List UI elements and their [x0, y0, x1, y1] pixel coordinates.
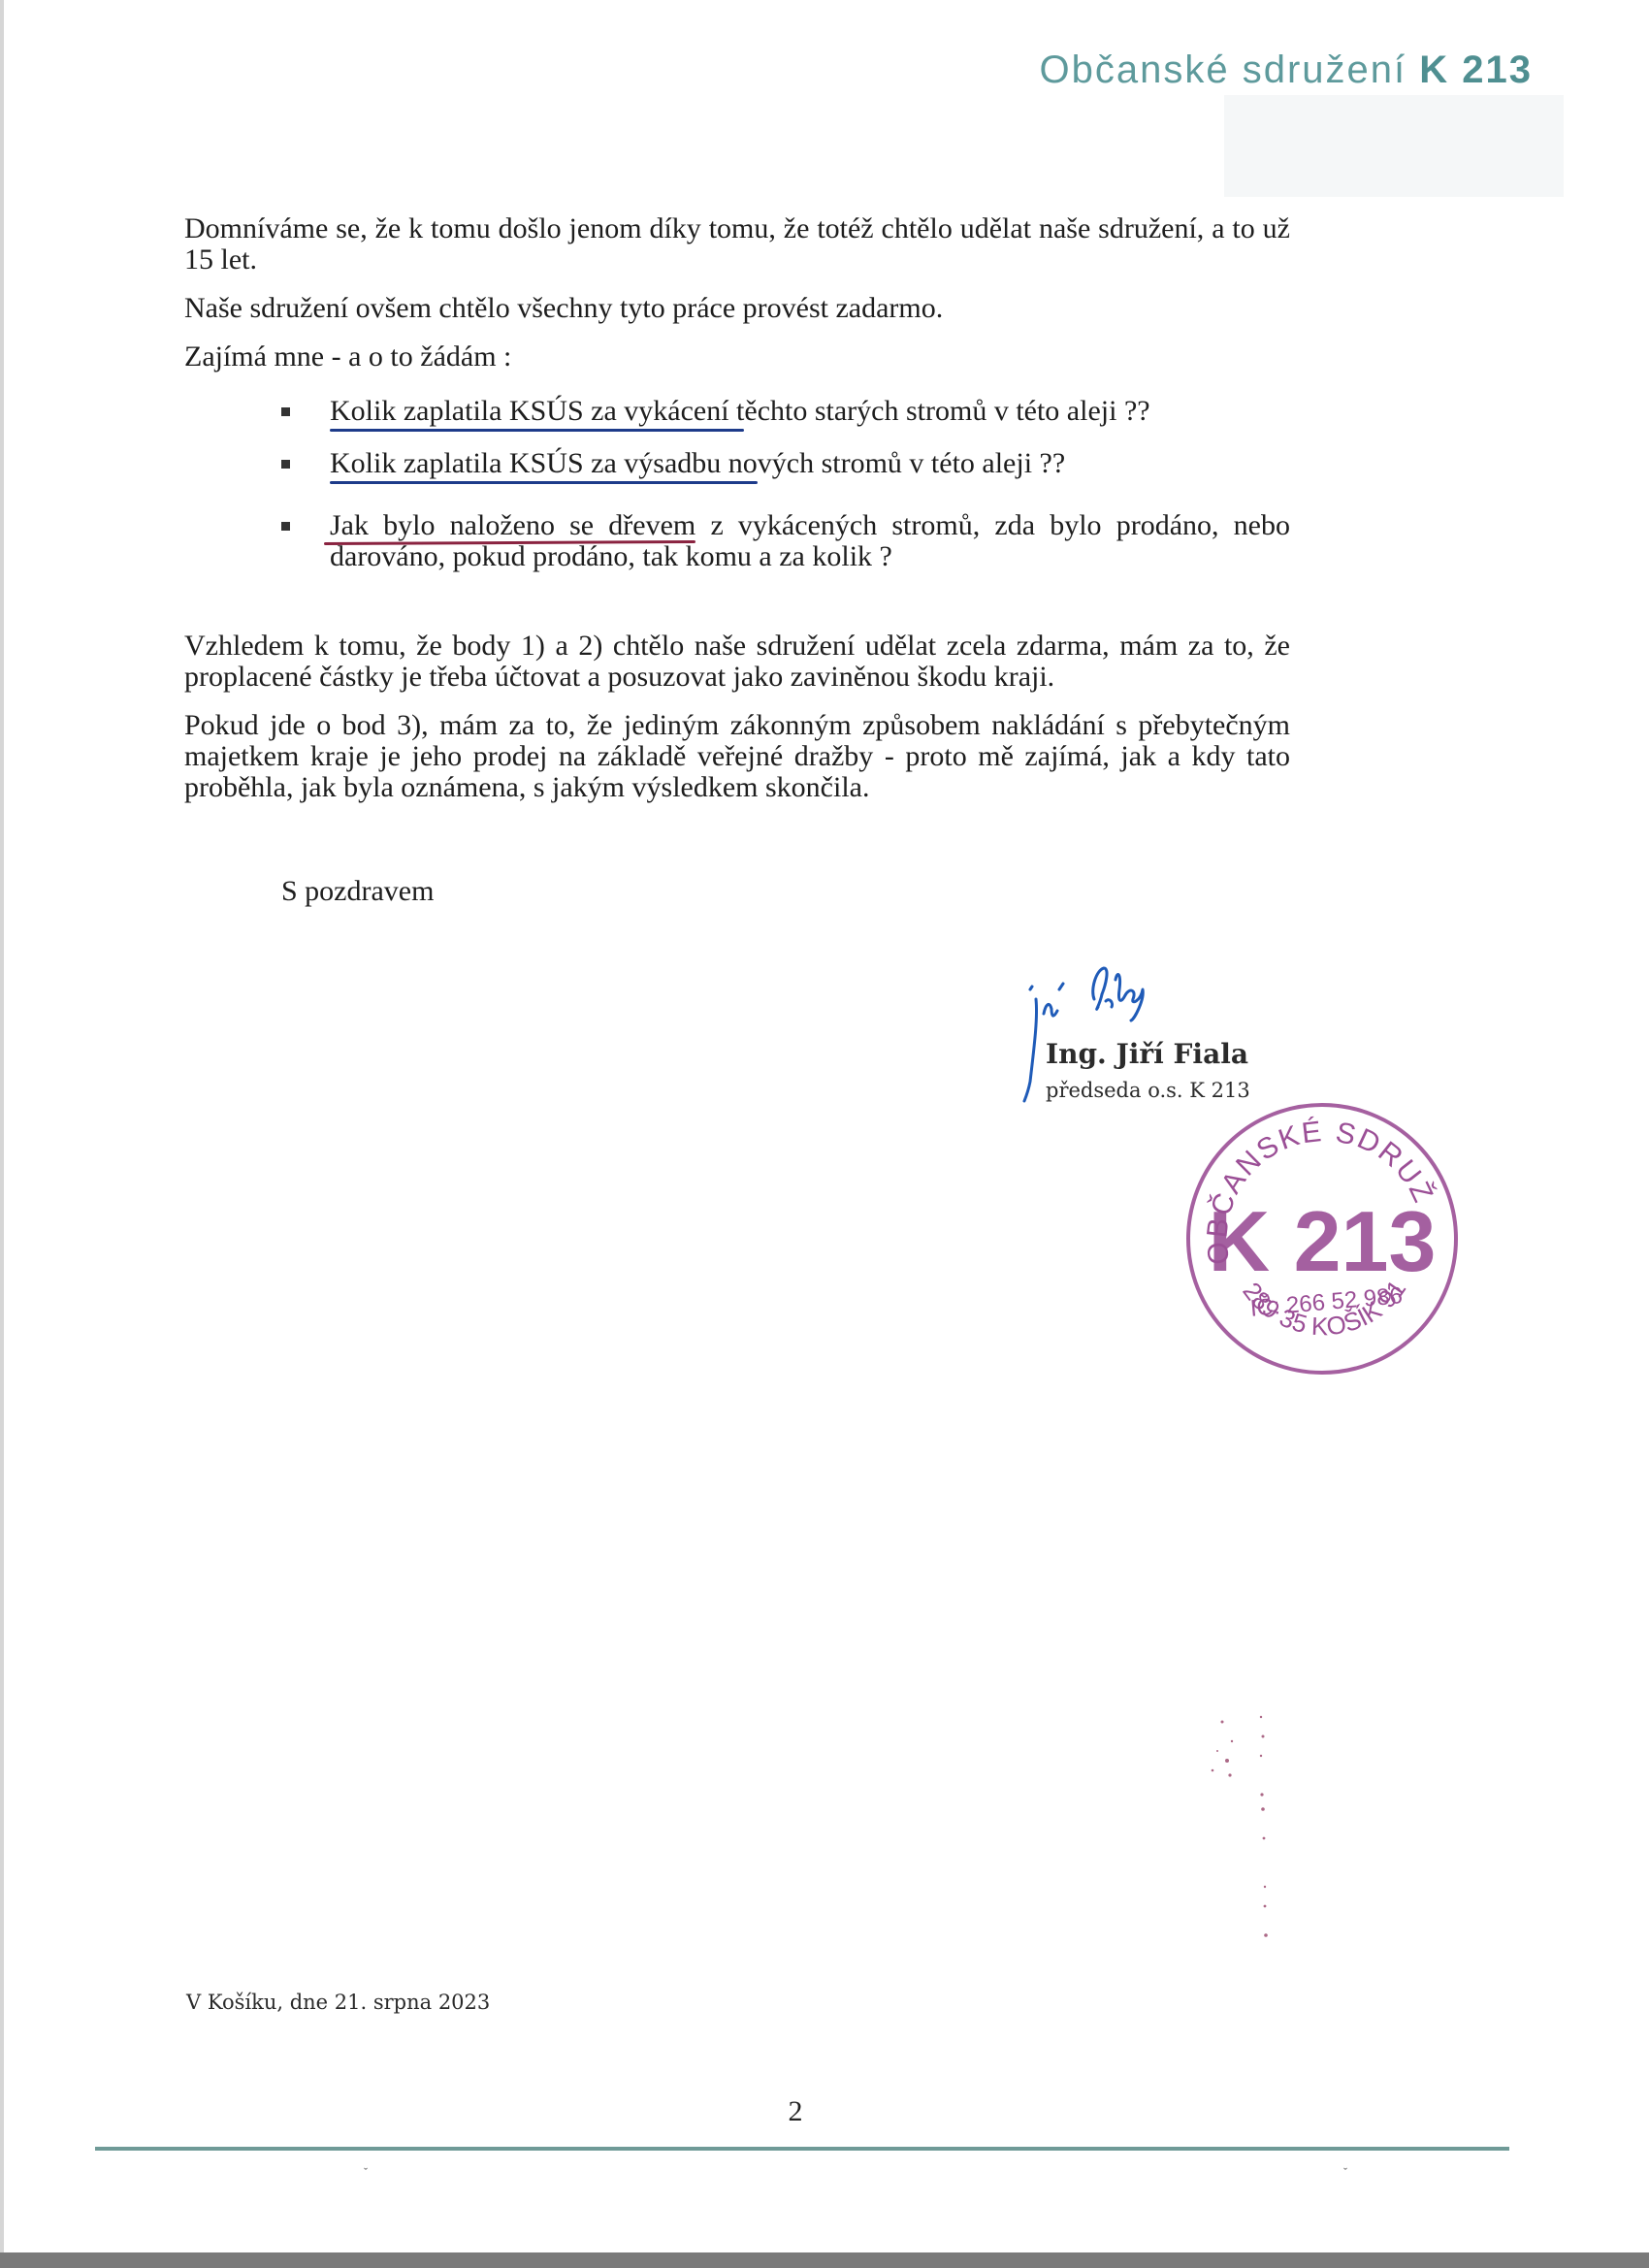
- organization-stamp-icon: OBČANSKÉ SDRUŽENÍ K 213 IČ: 266 52 986 2…: [1181, 1098, 1463, 1379]
- letterhead-org-code: K 213: [1419, 49, 1533, 91]
- scan-edge-left: [0, 0, 4, 2268]
- paragraph-2: Naše sdružení ovšem chtělo všechny tyto …: [184, 293, 1290, 324]
- underlined-text: Kolik zaplatila KSÚS za vykácení t: [330, 395, 744, 427]
- question-text: ěchto starých stromů v této aleji ??: [744, 395, 1149, 427]
- paragraph-5: Pokud jde o bod 3), mám za to, že jediný…: [184, 710, 1290, 803]
- place-and-date: V Košíku, dne 21. srpna 2023: [186, 1991, 490, 2014]
- bullet-square-icon: [281, 460, 290, 469]
- bullet-square-icon: [281, 407, 290, 416]
- question-item: Jak bylo naloženo se dřevem z vykácených…: [281, 510, 1290, 572]
- closing-salutation: S pozdravem: [281, 875, 434, 908]
- signer-name: Ing. Jiří Fiala: [1046, 1038, 1248, 1070]
- scan-mark: ˇ: [364, 2165, 368, 2180]
- question-list: Kolik zaplatila KSÚS za vykácení těchto …: [281, 396, 1290, 572]
- question-text: vých stromů v této aleji ??: [758, 447, 1065, 479]
- page-number: 2: [0, 2095, 1591, 2128]
- underlined-text: Jak bylo naloženo se dřevem: [330, 509, 695, 541]
- paragraph-4: Vzhledem k tomu, že body 1) a 2) chtělo …: [184, 631, 1290, 693]
- footer-divider: [95, 2147, 1509, 2151]
- letterhead-org-name: Občanské sdružení: [1039, 49, 1406, 91]
- scan-mark: ˇ: [1343, 2165, 1347, 2180]
- scan-edge-bottom: [0, 2252, 1649, 2268]
- letterhead-title: Občanské sdružení K 213: [1039, 49, 1533, 92]
- paragraph-1: Domníváme se, že k tomu došlo jenom díky…: [184, 213, 1290, 275]
- question-item: Kolik zaplatila KSÚS za vykácení těchto …: [281, 396, 1290, 427]
- document-page: Občanské sdružení K 213 Domníváme se, že…: [0, 0, 1649, 2268]
- underlined-text: Kolik zaplatila KSÚS za výsadbu no: [330, 447, 758, 479]
- stamp-center-text: K 213: [1209, 1193, 1437, 1289]
- question-item: Kolik zaplatila KSÚS za výsadbu nových s…: [281, 448, 1290, 479]
- bullet-square-icon: [281, 522, 290, 531]
- stamp-residue-speckles: [1193, 1702, 1339, 1945]
- paragraph-3: Zajímá mne - a o to žádám :: [184, 341, 1290, 373]
- faded-logo-watermark: [1224, 95, 1564, 197]
